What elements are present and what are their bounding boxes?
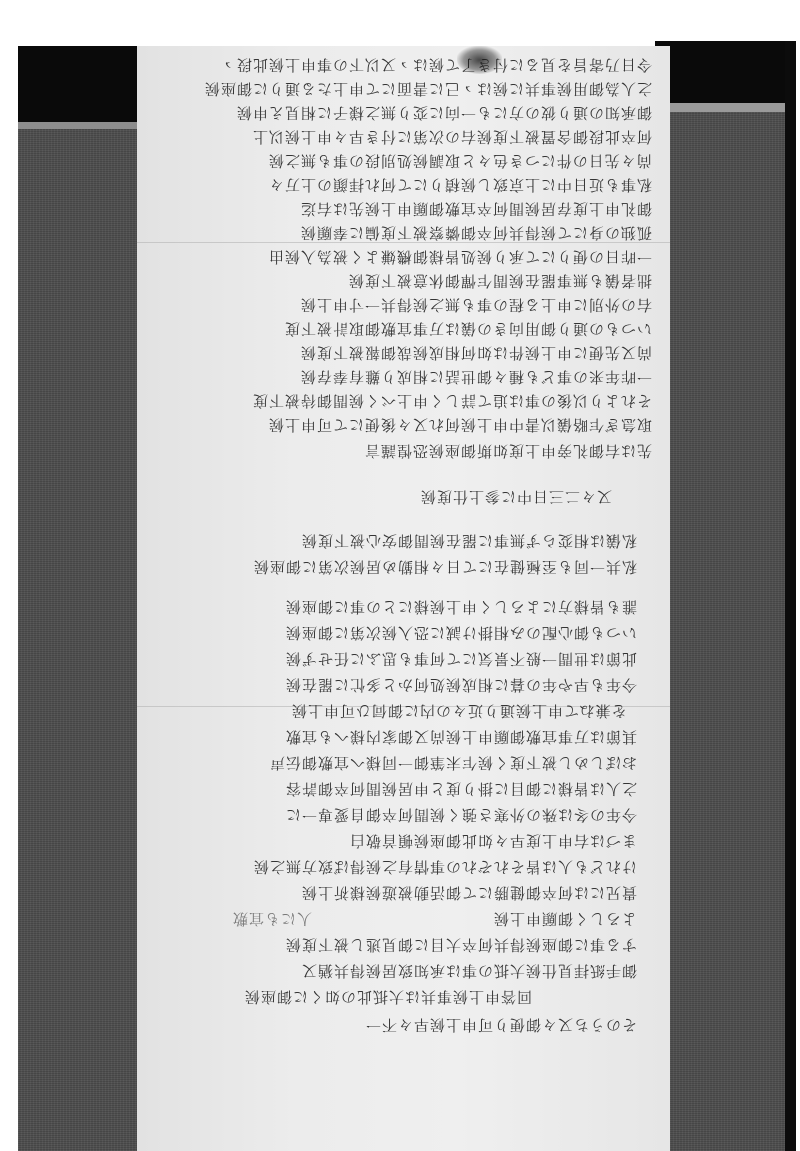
right-mount-top bbox=[655, 41, 785, 103]
handwritten-line: 人にも宜敷 bbox=[177, 908, 312, 930]
handwritten-line: それより以後の事は追て詳しく申上べく候間御待被下度 bbox=[157, 390, 652, 412]
handwritten-line-text: それより以後の事は追て詳しく申上べく候間御待被下度 bbox=[252, 391, 652, 412]
handwritten-line: 尚々先日の件につき色々と取調候処別段の事も無之候 bbox=[157, 150, 652, 172]
handwritten-line: 尚又先便に申上候件は如何相成候哉御報被下度候 bbox=[157, 342, 652, 364]
handwritten-line-text: 一昨日の便りにて承り候処皆様御機嫌よく被為入候由 bbox=[268, 247, 652, 268]
handwritten-line-text: 尚又先便に申上候件は如何相成候哉御報被下度候 bbox=[300, 343, 652, 364]
handwritten-line: まづは右申上度早々如此御座候頓首敬白 bbox=[157, 830, 637, 852]
handwritten-line: おぼしめし被下度く候乍末筆御一同様へ宜敷御伝声 bbox=[157, 752, 637, 774]
handwritten-line: いつも御心配のみ相掛け誠に恐入候次第に御座候 bbox=[157, 622, 637, 644]
handwritten-line-text: 又々二三日中に参上仕度候 bbox=[420, 487, 612, 508]
handwritten-line-text: まづは右申上度早々如此御座候頓首敬白 bbox=[349, 831, 637, 852]
handwritten-line: 先は右御礼旁申上度如斯御座候恐惶謹言 bbox=[162, 440, 652, 462]
handwritten-line: けれども人は皆それぞれの事情有之候得ば致方無之候 bbox=[167, 856, 637, 878]
handwritten-line: 拙者儀も無事罷在候間乍憚御休意被下度候 bbox=[177, 270, 652, 292]
handwritten-line: する事に御座候得共何卒大目に御見逃し被下度候 bbox=[177, 934, 637, 956]
handwritten-line: 之人は皆様に御目に掛り度と申居候間何卒御許容 bbox=[157, 778, 637, 800]
handwritten-line-text: 今年も早や年の暮に相成候処何かと多忙に罷在候 bbox=[285, 675, 637, 696]
handwritten-line: 一昨日の便りにて承り候処皆様御機嫌よく被為入候由 bbox=[157, 246, 652, 268]
handwritten-line-text: 此節は世間一般不景気にて何事も思ふに任せず候 bbox=[285, 649, 637, 670]
handwritten-line-text: する事に御座候得共何卒大目に御見逃し被下度候 bbox=[285, 935, 637, 956]
handwritten-line: 一昨年来の事ども種々御世話に相成り難有奉存候 bbox=[157, 366, 652, 388]
handwritten-line-text: 私共一同も至極健在にて日々相勤め居候次第に御座候 bbox=[253, 557, 637, 578]
handwritten-line: 御承知の通り彼の方にも一向に変り無之様子に相見え申候 bbox=[157, 102, 652, 124]
handwritten-line-text: 之人は皆様に御目に掛り度と申居候間何卒御許容 bbox=[285, 779, 637, 800]
handwritten-line: そのうち又々御便り可申上候早々不一 bbox=[197, 1014, 637, 1036]
handwritten-line: 回答申上候事共は大抵此の如くに御座候 bbox=[182, 986, 532, 1008]
handwritten-line: よろしく御願申上候 bbox=[377, 908, 637, 930]
handwritten-line-text: けれども人は皆それぞれの事情有之候得ば致方無之候 bbox=[253, 857, 637, 878]
handwritten-line: 此節は世間一般不景気にて何事も思ふに任せず候 bbox=[157, 648, 637, 670]
handwritten-line: いつもの通り御用向きの儀は万事宜敷御取計被下度 bbox=[157, 318, 652, 340]
handwritten-line: 又々二三日中に参上仕度候 bbox=[317, 486, 612, 508]
handwritten-line-text: 回答申上候事共は大抵此の如くに御座候 bbox=[244, 987, 532, 1008]
handwritten-line: 何卒此段御含置被下度候右の次第に付き早々申上候以上 bbox=[157, 126, 652, 148]
handwritten-line: 私儀は相変らず無事に罷在候間御安心被下度候 bbox=[177, 530, 637, 552]
handwritten-line-text: 先は右御礼旁申上度如斯御座候恐惶謹言 bbox=[364, 441, 652, 462]
right-shadow-edge bbox=[785, 41, 796, 1151]
right-mount-fabric bbox=[655, 41, 785, 1151]
left-mount-fabric bbox=[18, 46, 138, 1151]
handwritten-line-text: よろしく御願申上候 bbox=[493, 909, 637, 930]
handwritten-line-text: そのうち又々御便り可申上候早々不一 bbox=[365, 1015, 637, 1036]
handwritten-line-text: 一昨年来の事ども種々御世話に相成り難有奉存候 bbox=[300, 367, 652, 388]
handwritten-line-text: おぼしめし被下度く候乍末筆御一同様へ宜敷御伝声 bbox=[269, 753, 637, 774]
right-mount-band bbox=[655, 103, 785, 112]
handwritten-line-text: 令日乃寄旨を見るに付き了て候はゝ又以下の事申上候此段ゝ bbox=[220, 55, 652, 76]
handwritten-line: を兼ねて申上候通り近々の内に御伺ひ可申上候 bbox=[197, 700, 627, 722]
handwritten-line: 御礼申上度存居候間何卒宜敷御願申上候先は右迄 bbox=[157, 198, 652, 220]
left-mount-band bbox=[18, 122, 138, 129]
handwritten-line: 其節は万事宜敷御願申上候尚又御家内様へも宜敷 bbox=[157, 726, 637, 748]
handwritten-line-text: 御礼申上度存居候間何卒宜敷御願申上候先は右迄 bbox=[300, 199, 652, 220]
handwritten-line: 令日乃寄旨を見るに付き了て候はゝ又以下の事申上候此段ゝ bbox=[157, 54, 652, 76]
handwritten-scroll-paper: 令日乃寄旨を見るに付き了て候はゝ又以下の事申上候此段ゝ之人為御用候事共に候はゝ己… bbox=[137, 46, 670, 1151]
handwritten-line: 之人為御用候事共に候はゝ己に書面にて申上たる通りに御座候 bbox=[197, 78, 652, 100]
handwritten-line-text: いつも御心配のみ相掛け誠に恐入候次第に御座候 bbox=[285, 623, 637, 644]
handwritten-line-text: 拙者儀も無事罷在候間乍憚御休意被下度候 bbox=[348, 271, 652, 292]
handwritten-line-text: 御承知の通り彼の方にも一向に変り無之様子に相見え申候 bbox=[236, 103, 652, 124]
handwritten-line: 私事も近日中に上京致し候積りにて何れ拝顔の上万々 bbox=[157, 174, 652, 196]
handwritten-line: 右の外別に申上る程の事も無之候得共一寸申上候 bbox=[157, 294, 652, 316]
handwritten-line: 孤独の身にて候得共何卒御憐察被下度偏に奉願候 bbox=[157, 222, 652, 244]
handwritten-line-text: 誰も皆様方によろしく申上候様にとの事に御座候 bbox=[285, 597, 637, 618]
handwritten-line-text: 今年の冬は殊の外寒さ強く候間何卒御自愛専一に bbox=[285, 805, 637, 826]
handwritten-line: 今年も早や年の暮に相成候処何かと多忙に罷在候 bbox=[182, 674, 637, 696]
handwritten-line-text: 私事も近日中に上京致し候積りにて何れ拝顔の上万々 bbox=[268, 175, 652, 196]
handwritten-line-text: 私儀は相変らず無事に罷在候間御安心被下度候 bbox=[301, 531, 637, 552]
handwritten-line-text: 之人為御用候事共に候はゝ己に書面にて申上たる通りに御座候 bbox=[204, 79, 652, 100]
handwritten-line-text: を兼ねて申上候通り近々の内に御伺ひ可申上候 bbox=[291, 701, 627, 722]
handwritten-line-text: いつもの通り御用向きの儀は万事宜敷御取計被下度 bbox=[284, 319, 652, 340]
handwritten-line: 誰も皆様方によろしく申上候様にとの事に御座候 bbox=[157, 596, 637, 618]
handwritten-line-text: 尚々先日の件につき色々と取調候処別段の事も無之候 bbox=[268, 151, 652, 172]
handwritten-line-text: 御手紙拝見仕候大抵の事は承知致居候得共猶又 bbox=[301, 961, 637, 982]
handwritten-line-text: 貴兄には何卒御健勝にて御活動被遊候様祈上候 bbox=[301, 883, 637, 904]
handwritten-line: 取急ぎ乍略儀以書中申上候何れ又々後便にて可申上候 bbox=[157, 414, 652, 436]
handwritten-line: 私共一同も至極健在にて日々相勤め居候次第に御座候 bbox=[157, 556, 637, 578]
handwritten-line: 今年の冬は殊の外寒さ強く候間何卒御自愛専一に bbox=[157, 804, 637, 826]
handwritten-line-text: 人にも宜敷 bbox=[232, 909, 312, 930]
handwritten-line: 貴兄には何卒御健勝にて御活動被遊候様祈上候 bbox=[167, 882, 637, 904]
handwritten-line-text: 右の外別に申上る程の事も無之候得共一寸申上候 bbox=[300, 295, 652, 316]
handwritten-line-text: 何卒此段御含置被下度候右の次第に付き早々申上候以上 bbox=[252, 127, 652, 148]
handwritten-line-text: 取急ぎ乍略儀以書中申上候何れ又々後便にて可申上候 bbox=[268, 415, 652, 436]
handwritten-line: 御手紙拝見仕候大抵の事は承知致居候得共猶又 bbox=[167, 960, 637, 982]
handwritten-line-text: 孤独の身にて候得共何卒御憐察被下度偏に奉願候 bbox=[300, 223, 652, 244]
handwritten-line-text: 其節は万事宜敷御願申上候尚又御家内様へも宜敷 bbox=[285, 727, 637, 748]
left-mount-top bbox=[18, 46, 138, 122]
